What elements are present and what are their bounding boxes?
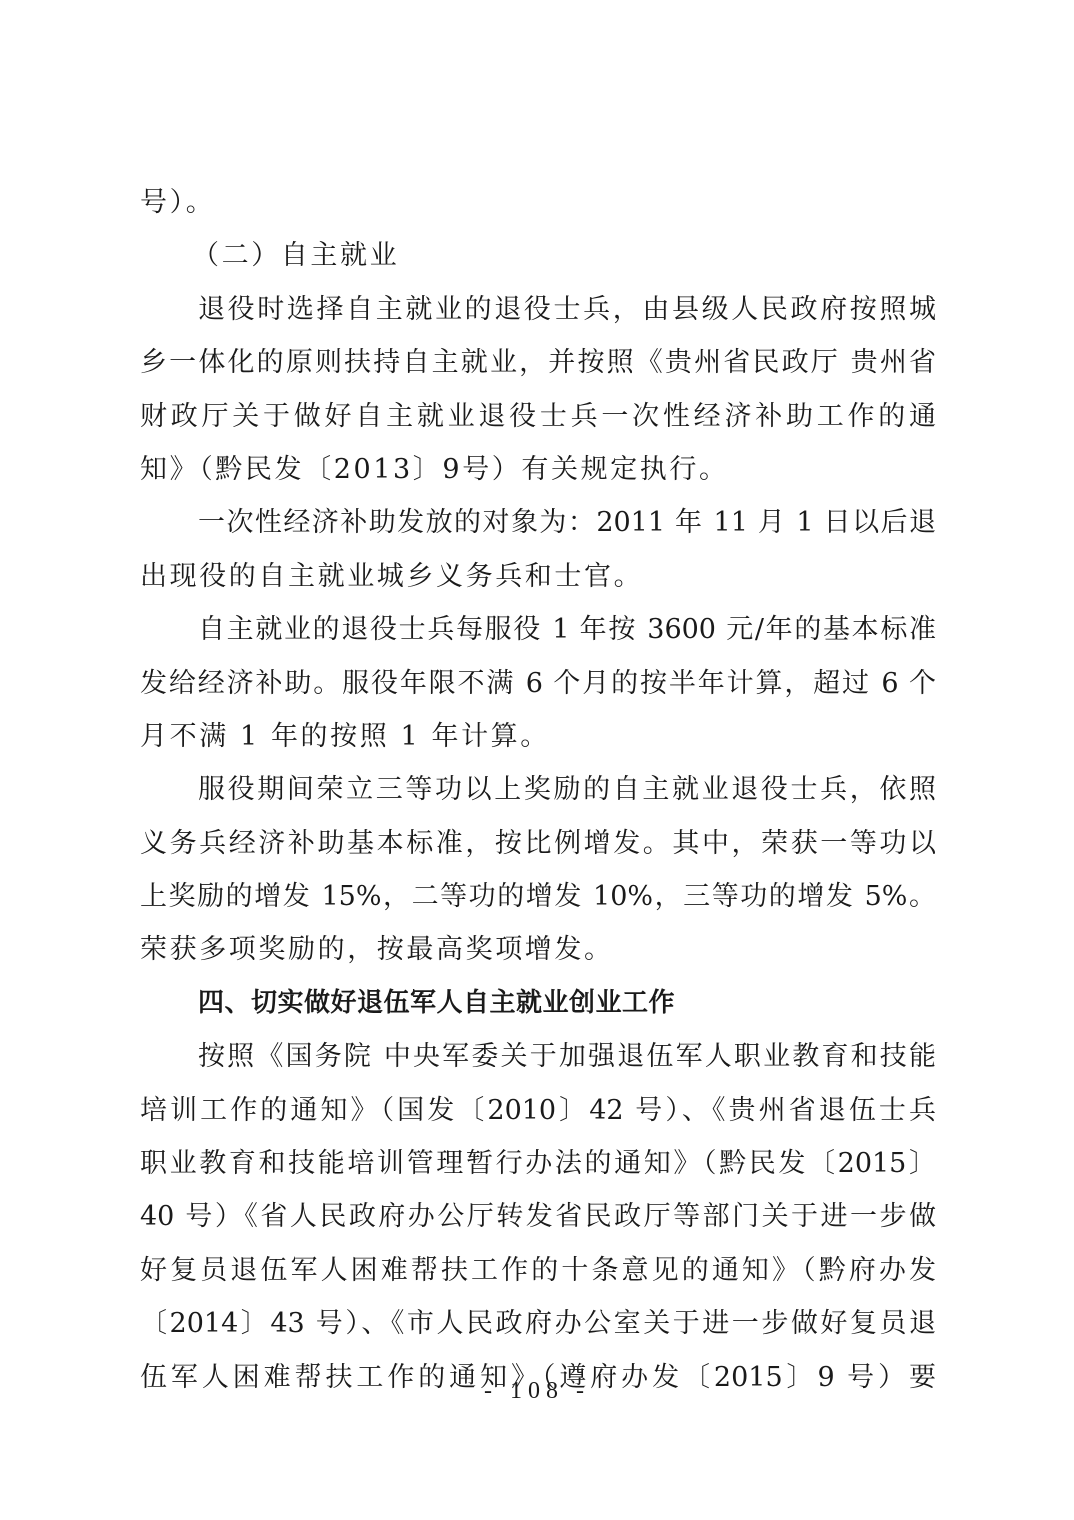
paragraph-line: 知》（黔民发〔2013〕9号）有关规定执行。: [140, 443, 936, 496]
paragraph-line: 上奖励的增发 15%，二等功的增发 10%，三等功的增发 5%。: [140, 870, 936, 923]
paragraph-line: 好复员退伍军人困难帮扶工作的十条意见的通知》（黔府办发: [140, 1244, 936, 1297]
paragraph-line: 乡一体化的原则扶持自主就业，并按照《贵州省民政厅 贵州省: [140, 336, 936, 389]
text-line: 号）。: [140, 176, 936, 229]
paragraph-line: 服役期间荣立三等功以上奖励的自主就业退役士兵，依照: [140, 763, 936, 816]
document-body: 号）。 （二）自主就业 退役时选择自主就业的退役士兵，由县级人民政府按照城 乡一…: [140, 176, 936, 1404]
paragraph-line: 财政厅关于做好自主就业退役士兵一次性经济补助工作的通: [140, 390, 936, 443]
section-subheading: （二）自主就业: [140, 229, 936, 282]
paragraph-line: 义务兵经济补助基本标准，按比例增发。其中，荣获一等功以: [140, 817, 936, 870]
paragraph-line: 发给经济补助。服役年限不满 6 个月的按半年计算，超过 6 个: [140, 657, 936, 710]
section-heading: 四、切实做好退伍军人自主就业创业工作: [140, 977, 936, 1030]
paragraph-line: 40 号）《省人民政府办公厅转发省民政厅等部门关于进一步做: [140, 1190, 936, 1243]
paragraph-line: 月不满 1 年的按照 1 年计算。: [140, 710, 936, 763]
paragraph-line: 培训工作的通知》（国发〔2010〕42 号）、《贵州省退伍士兵: [140, 1084, 936, 1137]
paragraph-line: 荣获多项奖励的，按最高奖项增发。: [140, 923, 936, 976]
paragraph-line: 职业教育和技能培训管理暂行办法的通知》（黔民发〔2015〕: [140, 1137, 936, 1190]
paragraph-line: 退役时选择自主就业的退役士兵，由县级人民政府按照城: [140, 283, 936, 336]
paragraph-line: 一次性经济补助发放的对象为：2011 年 11 月 1 日以后退: [140, 496, 936, 549]
paragraph-line: 〔2014〕43 号）、《市人民政府办公室关于进一步做好复员退: [140, 1297, 936, 1350]
paragraph-line: 出现役的自主就业城乡义务兵和士官。: [140, 550, 936, 603]
paragraph-line: 按照《国务院 中央军委关于加强退伍军人职业教育和技能: [140, 1030, 936, 1083]
paragraph-line: 自主就业的退役士兵每服役 1 年按 3600 元/年的基本标准: [140, 603, 936, 656]
page-number: - 108 -: [0, 1378, 1074, 1405]
